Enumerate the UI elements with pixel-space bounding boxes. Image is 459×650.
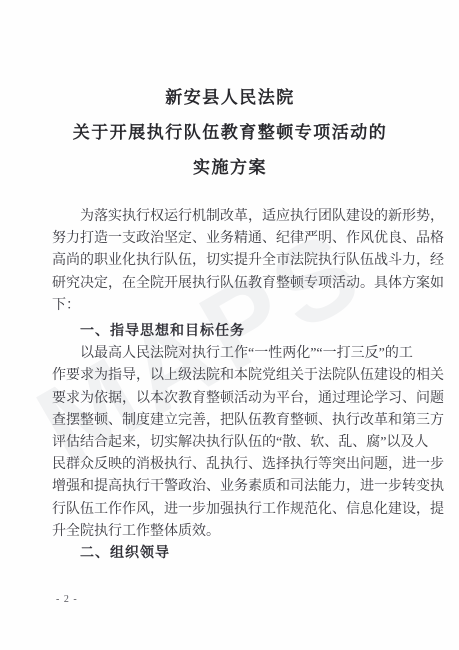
page-number: - 2 - — [56, 594, 78, 605]
section-heading-2: 二、组织领导 — [52, 543, 408, 565]
text-line: 查摆整顿、制度建立完善，把队伍教育整顿、执行改革和第三方 — [52, 410, 408, 432]
text-line: 作要求为指导，以上级法院和本院党组关于法院队伍建设的相关 — [52, 365, 408, 387]
text-line: 增强和提高执行干警政治、业务素质和司法能力，进一步转变执 — [52, 476, 408, 498]
text-line: 评估结合起来，切实解决执行队伍的“散、软、乱、腐”以及人 — [52, 432, 408, 454]
document-page: MAPS 新安县人民法院 关于开展执行队伍教育整顿专项活动的 实施方案 为落实执… — [0, 0, 459, 650]
document-body: 为落实执行权运行机制改革，适应执行团队建设的新形势， 努力打造一支政治坚定、业务… — [52, 206, 408, 565]
text-line: 升全院执行工作整体质效。 — [52, 521, 408, 543]
text-line: 高尚的职业化执行队伍，切实提升全市法院执行队伍战斗力，经 — [52, 250, 408, 272]
document-title-line-plan: 实施方案 — [52, 150, 408, 185]
text-line: 下： — [52, 295, 408, 317]
text-line: 为落实执行权运行机制改革，适应执行团队建设的新形势， — [52, 206, 408, 228]
text-line: 行队伍工作作风，进一步加强执行工作规范化、信息化建设，提 — [52, 499, 408, 521]
document-title: 新安县人民法院 关于开展执行队伍教育整顿专项活动的 实施方案 — [52, 0, 408, 185]
text-line: 以最高人民法院对执行工作“一性两化”“一打三反”的工 — [52, 343, 408, 365]
section-heading-1: 一、指导思想和目标任务 — [52, 321, 408, 343]
text-line: 努力打造一支政治坚定、业务精通、纪律严明、作风优良、品格 — [52, 228, 408, 250]
text-line: 要求为依据，以本次教育整顿活动为平台，通过理论学习、问题 — [52, 388, 408, 410]
text-line: 民群众反映的消极执行、乱执行、选择执行等突出问题，进一步 — [52, 454, 408, 476]
document-content: 新安县人民法院 关于开展执行队伍教育整顿专项活动的 实施方案 为落实执行权运行机… — [52, 0, 408, 565]
document-title-line-subject: 关于开展执行队伍教育整顿专项活动的 — [52, 115, 408, 150]
document-title-line-court: 新安县人民法院 — [52, 80, 408, 115]
text-line: 研究决定，在全院开展执行队伍教育整顿专项活动。具体方案如 — [52, 273, 408, 295]
